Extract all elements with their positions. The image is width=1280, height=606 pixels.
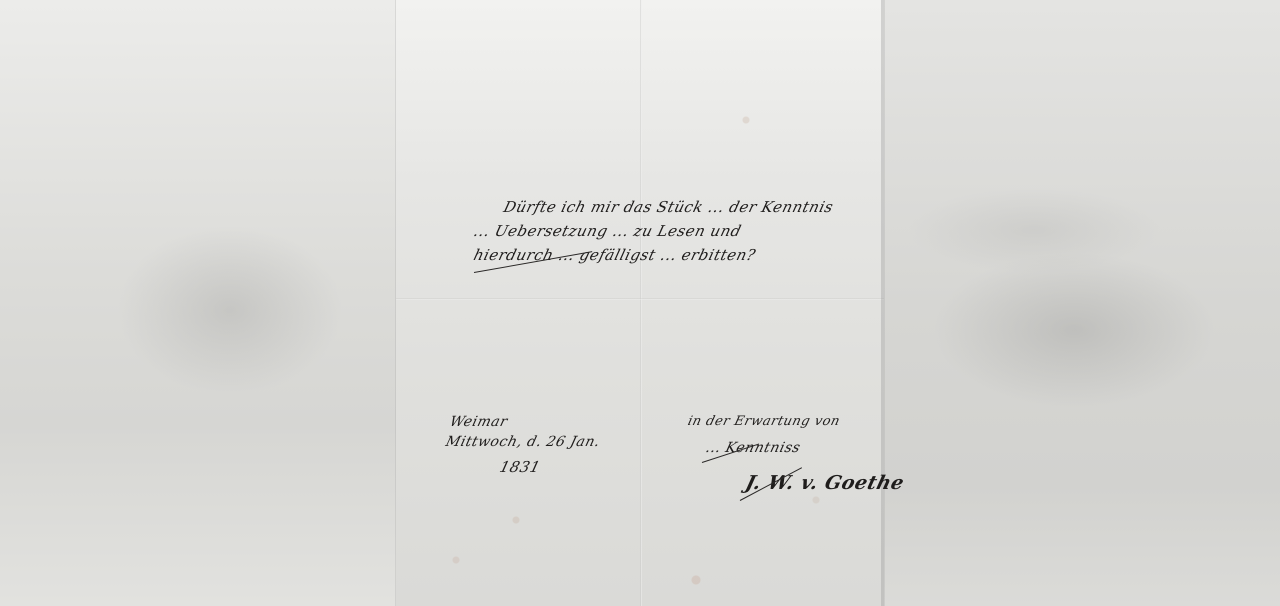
year-text: 1831 — [498, 458, 543, 476]
vertical-fold-crease — [640, 0, 642, 606]
paper-edge — [881, 0, 884, 606]
body-line-3: hierdurch ... gefälligst ... erbitten? — [472, 246, 758, 264]
closing-line-1: in der Erwartung von — [686, 414, 842, 429]
signature: J. W. v. Goethe — [743, 472, 906, 494]
closing-line-2: ... Kenntniss — [704, 440, 802, 456]
body-line-2: ... Uebersetzung ... zu Lesen und — [472, 222, 744, 240]
body-line-1: Dürfte ich mir das Stück ... der Kenntni… — [502, 198, 836, 216]
blurred-background-right — [884, 0, 1280, 606]
horizontal-fold-crease — [396, 298, 884, 300]
letter-paper: Dürfte ich mir das Stück ... der Kenntni… — [396, 0, 884, 606]
date-text: Mittwoch, d. 26 Jan. — [444, 434, 602, 450]
blurred-background-left — [0, 0, 396, 606]
place-name: Weimar — [448, 414, 509, 430]
